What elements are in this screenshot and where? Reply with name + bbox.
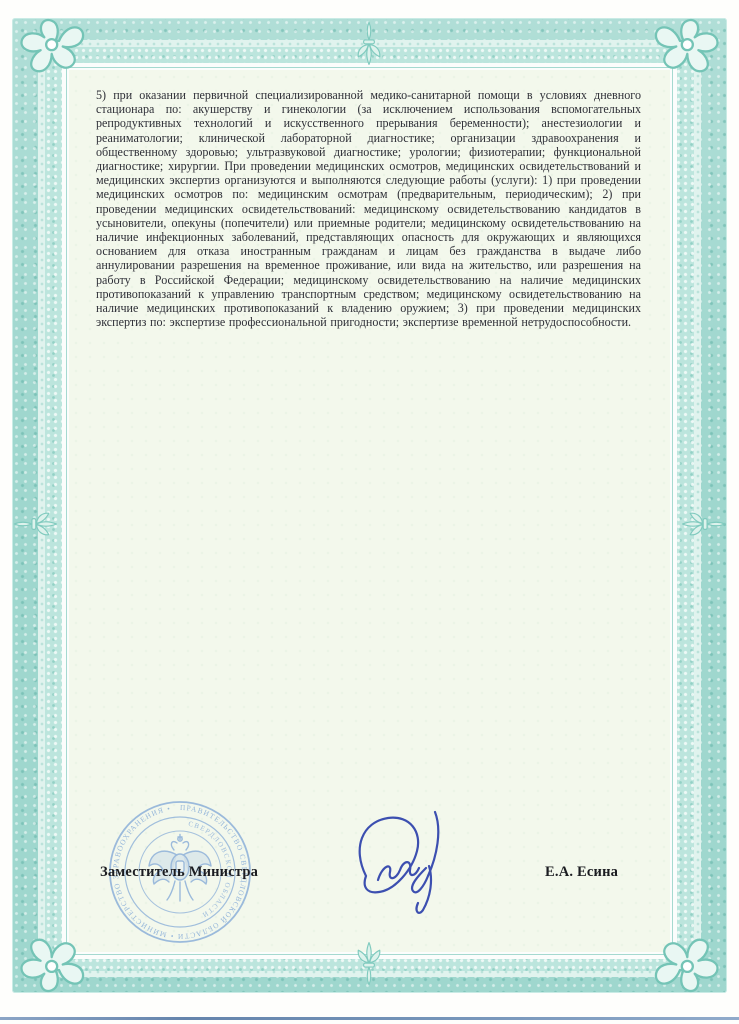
- signer-name: Е.А. Есина: [545, 864, 618, 881]
- scan-edge-shadow: [0, 1017, 739, 1020]
- license-body-paragraph: 5) при оказании первичной специализирова…: [96, 88, 641, 329]
- signature-autograph: [332, 806, 456, 918]
- signer-position-title: Заместитель Министра: [100, 864, 258, 881]
- scanned-license-page: 5) при оказании первичной специализирова…: [0, 0, 739, 1024]
- document-content: 5) при оказании первичной специализирова…: [0, 0, 739, 1024]
